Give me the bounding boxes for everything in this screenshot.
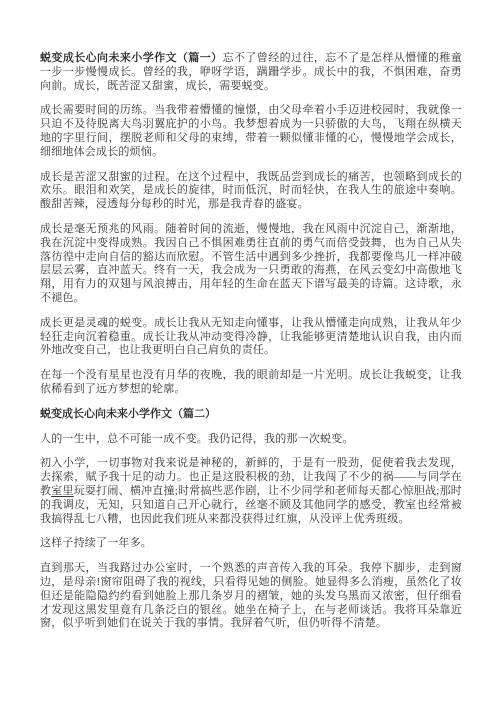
underlined-text: 室里	[51, 485, 73, 497]
paragraph: 成长是毫无预兆的风雨。随着时间的流逝，慢慢地，我在风雨中沉淀自己，渐渐地，我在沉…	[40, 223, 462, 306]
document-content: 蜕变成长心向未来小学作文（篇一）忘不了曾经的过往，忘不了是怎样从懵懂的稚童一步一…	[0, 0, 500, 631]
paragraph: 人的一生中，总不可能一成不变。我仍记得，我的那一次蜕变。	[40, 433, 462, 447]
paragraph: 这样子持续了一年多。	[40, 537, 462, 551]
essay2-title: 蜕变成长心向未来小学作文（篇二）	[40, 408, 462, 422]
paragraph: 在每一个没有星星也没有月华的夜晚，我的眼前却是一片光明。成长让我蜕变，让我依稀看…	[40, 369, 462, 397]
essay1-title: 蜕变成长心向未来小学作文（篇一）	[40, 52, 223, 64]
paragraph: 成长更是灵魂的蜕变。成长让我从无知走向懂事，让我从懵懂走向成熟，让我从年少轻狂走…	[40, 317, 462, 358]
paragraph: 初入小学，一切事物对我来说是神秘的，新鲜的，于是有一股劲，促使着我去发现，去探索…	[40, 457, 462, 526]
paragraph: 成长是苦涩又甜蜜的过程。在这个过程中，我既品尝到成长的痛苦，也领略到成长的欢乐。…	[40, 171, 462, 212]
document-page: 蜕变成长心向未来小学作文（篇一）忘不了曾经的过往，忘不了是怎样从懵懂的稚童一步一…	[0, 0, 500, 707]
paragraph-text: 玩耍打闹、横冲直撞;时常搞些恶作剧，让不少同学和老师每天都心惊胆战;那时的我调皮…	[40, 485, 462, 525]
essay1-intro-paragraph: 蜕变成长心向未来小学作文（篇一）忘不了曾经的过往，忘不了是怎样从懵懂的稚童一步一…	[40, 52, 462, 93]
paragraph: 直到那天，当我路过办公室时，一个熟悉的声音传入我的耳朵。我停下脚步，走到窗边，是…	[40, 562, 462, 631]
paragraph: 成长需要时间的历练。当我带着懵懂的憧憬，由父母牵着小手迈进校园时，我就像一只迫不…	[40, 104, 462, 159]
